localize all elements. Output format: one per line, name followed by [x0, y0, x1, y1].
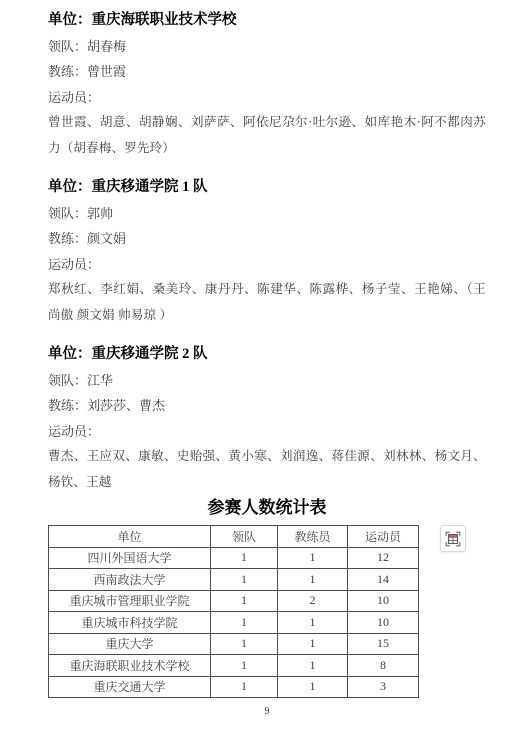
team-section-yitong-2: 单位：重庆移通学院 2 队 领队：江华 教练：刘莎莎、曹杰 运动员： 曹杰、王应…	[48, 342, 486, 495]
unit-heading: 单位：重庆移通学院 2 队	[48, 342, 486, 368]
table-cell: 14	[348, 569, 419, 591]
table-row: 重庆海联职业技术学校 1 1 8	[49, 655, 419, 677]
team-section-yitong-1: 单位：重庆移通学院 1 队 领队：郭帅 教练：颜文娟 运动员： 郑秋红、李红娟、…	[48, 175, 486, 328]
table-cell: 2	[278, 590, 348, 612]
table-cell: 1	[278, 612, 348, 634]
table-cell: 8	[348, 655, 419, 677]
table-row: 重庆城市科技学院 1 1 10	[49, 612, 419, 634]
athletes-label: 运动员：	[48, 252, 486, 278]
participant-stats-table: 单位 领队 教练员 运动员 四川外国语大学 1 1 12 西南政法大学 1 1 …	[48, 525, 419, 698]
table-cell: 1	[211, 676, 278, 698]
table-cell-unit: 重庆大学	[49, 633, 211, 655]
page-number: 9	[48, 706, 486, 718]
table-cell: 10	[348, 590, 419, 612]
table-cell: 12	[348, 547, 419, 569]
unit-heading: 单位：重庆移通学院 1 队	[48, 175, 486, 201]
table-header-cell: 教练员	[278, 526, 348, 548]
athletes-label: 运动员：	[48, 85, 486, 111]
stats-table-title: 参赛人数统计表	[48, 497, 486, 519]
team-section-haillian: 单位：重庆海联职业技术学校 领队：胡春梅 教练：曾世霞 运动员： 曾世霞、胡意、…	[48, 8, 486, 161]
table-cell-unit: 重庆城市科技学院	[49, 612, 211, 634]
table-cell: 1	[211, 612, 278, 634]
table-cell: 1	[278, 569, 348, 591]
coach-line: 教练：曾世霞	[48, 59, 486, 85]
table-cell: 1	[211, 547, 278, 569]
table-cell-unit: 重庆海联职业技术学校	[49, 655, 211, 677]
table-cell: 1	[211, 655, 278, 677]
table-cell: 1	[278, 676, 348, 698]
table-cell-unit: 重庆交通大学	[49, 676, 211, 698]
table-row: 重庆城市管理职业学院 1 2 10	[49, 590, 419, 612]
table-row: 四川外国语大学 1 1 12	[49, 547, 419, 569]
table-cell-unit: 重庆城市管理职业学院	[49, 590, 211, 612]
leader-line: 领队：江华	[48, 368, 486, 394]
table-cell-unit: 西南政法大学	[49, 569, 211, 591]
table-row: 西南政法大学 1 1 14	[49, 569, 419, 591]
leader-line: 领队：郭帅	[48, 201, 486, 227]
table-extract-icon	[444, 530, 462, 548]
table-cell-unit: 四川外国语大学	[49, 547, 211, 569]
table-cell: 1	[211, 590, 278, 612]
table-cell: 1	[278, 655, 348, 677]
athletes-label: 运动员：	[48, 419, 486, 445]
coach-line: 教练：刘莎莎、曹杰	[48, 393, 486, 419]
document-page: 单位：重庆海联职业技术学校 领队：胡春梅 教练：曾世霞 运动员： 曾世霞、胡意、…	[0, 0, 518, 718]
table-cell: 3	[348, 676, 419, 698]
table-cell: 1	[278, 633, 348, 655]
table-row: 重庆交通大学 1 1 3	[49, 676, 419, 698]
unit-heading: 单位：重庆海联职业技术学校	[48, 8, 486, 34]
table-header-cell: 单位	[49, 526, 211, 548]
athletes-names: 曾世霞、胡意、胡静娴、刘萨萨、阿依尼尕尔·吐尔逊、如库艳木·阿不都肉苏力（胡春梅…	[48, 110, 486, 161]
leader-line: 领队：胡春梅	[48, 34, 486, 60]
table-header-row: 单位 领队 教练员 运动员	[49, 526, 419, 548]
table-cell: 10	[348, 612, 419, 634]
athletes-names: 郑秋红、李红娟、桑美玲、康丹丹、陈建华、陈露桦、杨子莹、王艳娣、（王尚傲 颜文娟…	[48, 277, 486, 328]
coach-line: 教练：颜文娟	[48, 226, 486, 252]
table-header-cell: 运动员	[348, 526, 419, 548]
extract-table-button[interactable]	[440, 525, 466, 552]
table-row: 重庆大学 1 1 15	[49, 633, 419, 655]
athletes-names: 曹杰、王应双、康敏、史贻强、黄小寒、刘润逸、蒋佳源、刘林林、杨文月、杨钦、王越	[48, 444, 486, 495]
table-cell: 1	[211, 569, 278, 591]
table-header-cell: 领队	[211, 526, 278, 548]
table-cell: 1	[278, 547, 348, 569]
table-cell: 1	[211, 633, 278, 655]
table-cell: 15	[348, 633, 419, 655]
